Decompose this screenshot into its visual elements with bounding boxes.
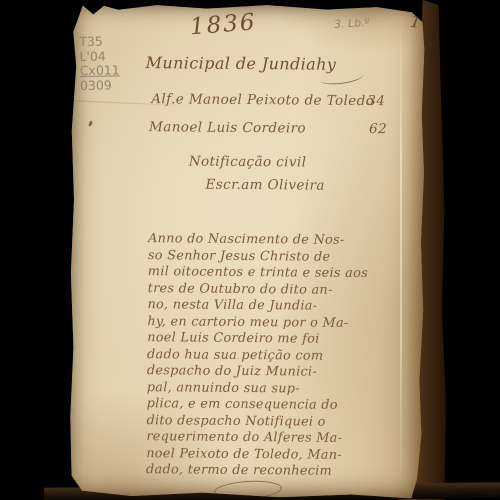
manuscript-page: 1836 3. Lb.º 1 T35 L'04 Cx011 0309 Munic… — [68, 2, 426, 498]
subject-line: Notificação civil — [189, 153, 307, 170]
archive-mark-line: T35 — [79, 34, 119, 49]
archive-marks: T35 L'04 Cx011 0309 — [79, 34, 120, 93]
clerk-line: Escr.am Oliveira — [206, 177, 325, 194]
body-paragraph: Anno do Nascimento de Nos- so Senhor Jes… — [146, 231, 404, 481]
party-number: 34 — [367, 93, 385, 109]
archive-mark-line: Cx011 — [80, 63, 120, 78]
pencil-shelfmark: 3. Lb.º — [334, 16, 371, 31]
title-line: Municipal de Jundiahy — [146, 53, 337, 74]
archive-mark-line: 0309 — [80, 78, 120, 93]
body-line: dado, termo de reconhecim — [146, 462, 402, 481]
edge-crease — [400, 13, 402, 487]
party-number: 62 — [369, 121, 387, 137]
year-heading: 1836 — [189, 9, 257, 40]
photographed-manuscript: 1836 3. Lb.º 1 T35 L'04 Cx011 0309 Munic… — [0, 0, 500, 500]
page-number: 1 — [409, 12, 423, 33]
ink-speck — [88, 120, 93, 127]
party-name: Manoel Luis Cordeiro — [149, 119, 306, 136]
party-name: Alf.e Manoel Peixoto de Toledo — [151, 91, 374, 109]
